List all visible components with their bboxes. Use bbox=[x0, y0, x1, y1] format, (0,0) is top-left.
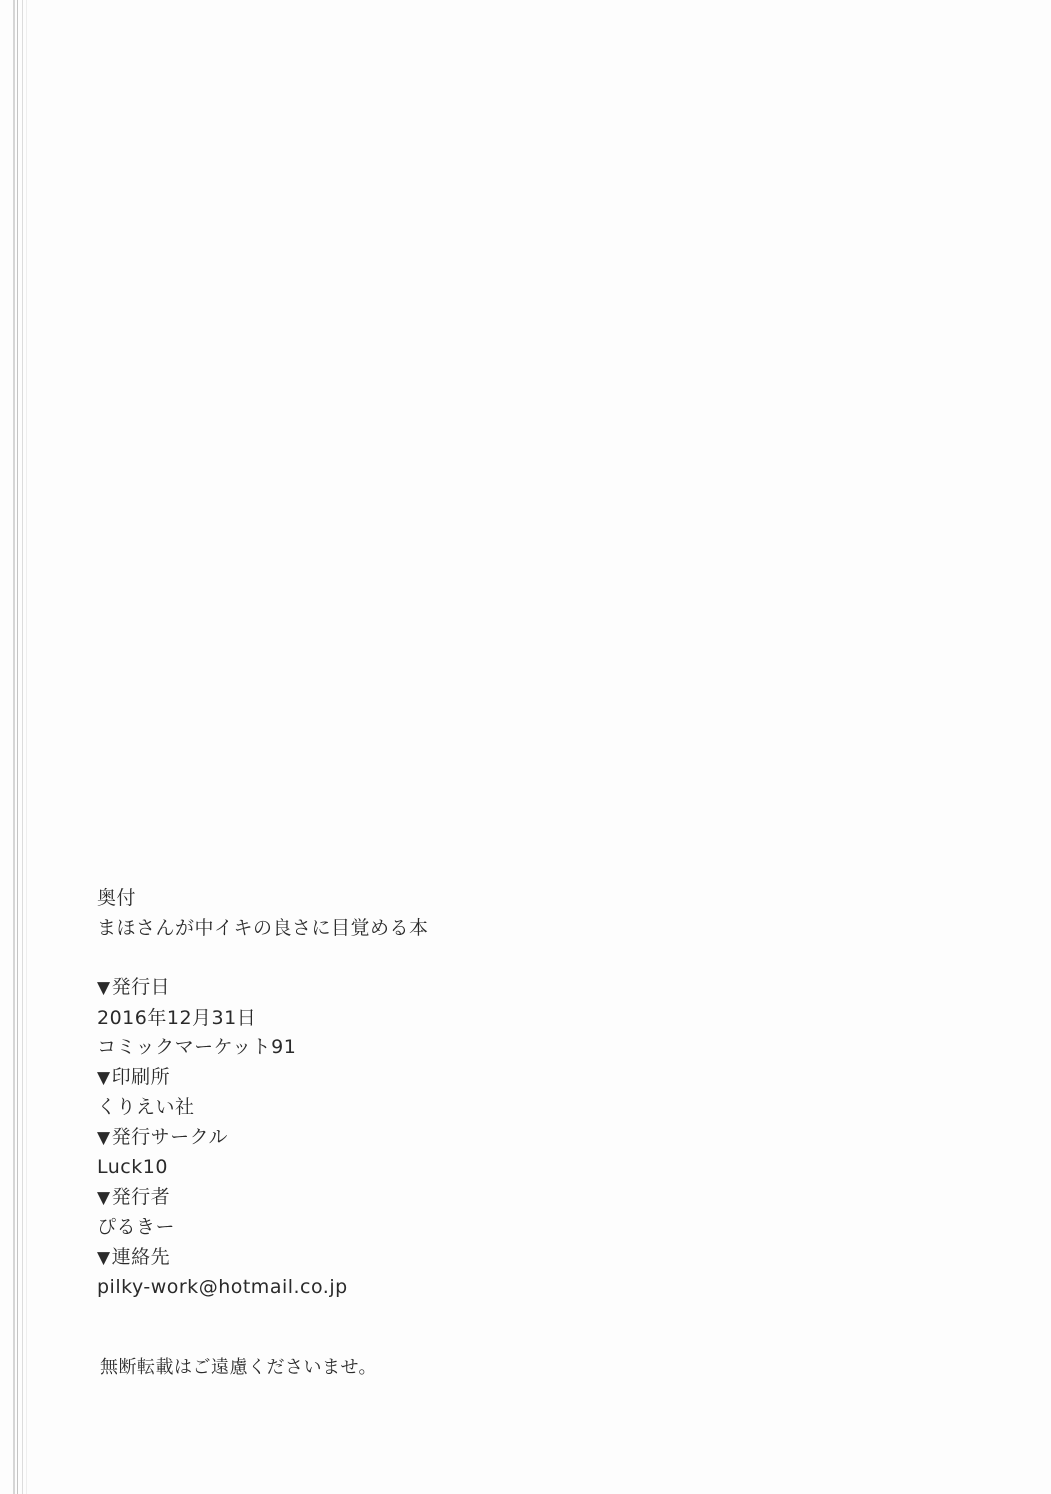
book-title: まほさんが中イキの良さに目覚める本 bbox=[97, 914, 429, 944]
colophon: 奥付 まほさんが中イキの良さに目覚める本 発行日 2016年12月31日 コミッ… bbox=[97, 884, 429, 1303]
heading-printer: 印刷所 bbox=[97, 1063, 429, 1094]
reprint-notice: 無断転載はご遠慮くださいませ。 bbox=[100, 1356, 377, 1380]
page-edge-line bbox=[13, 0, 15, 1494]
heading-publish-date: 発行日 bbox=[97, 973, 429, 1004]
circle-name: Luck10 bbox=[97, 1153, 429, 1183]
page-edge-line bbox=[17, 0, 18, 1494]
publisher-name: ぴるきー bbox=[97, 1213, 429, 1243]
event-name: コミックマーケット91 bbox=[97, 1033, 429, 1063]
publish-date: 2016年12月31日 bbox=[97, 1004, 429, 1034]
colophon-title: 奥付 bbox=[97, 884, 429, 914]
page-edge-line bbox=[22, 0, 23, 1494]
heading-circle: 発行サークル bbox=[97, 1123, 429, 1154]
printer-name: くりえい社 bbox=[97, 1093, 429, 1123]
contact-email: pilky-work@hotmail.co.jp bbox=[97, 1273, 429, 1303]
page-edge-line bbox=[26, 0, 27, 1494]
heading-contact: 連絡先 bbox=[97, 1243, 429, 1274]
spacer bbox=[97, 943, 429, 973]
heading-publisher: 発行者 bbox=[97, 1183, 429, 1214]
